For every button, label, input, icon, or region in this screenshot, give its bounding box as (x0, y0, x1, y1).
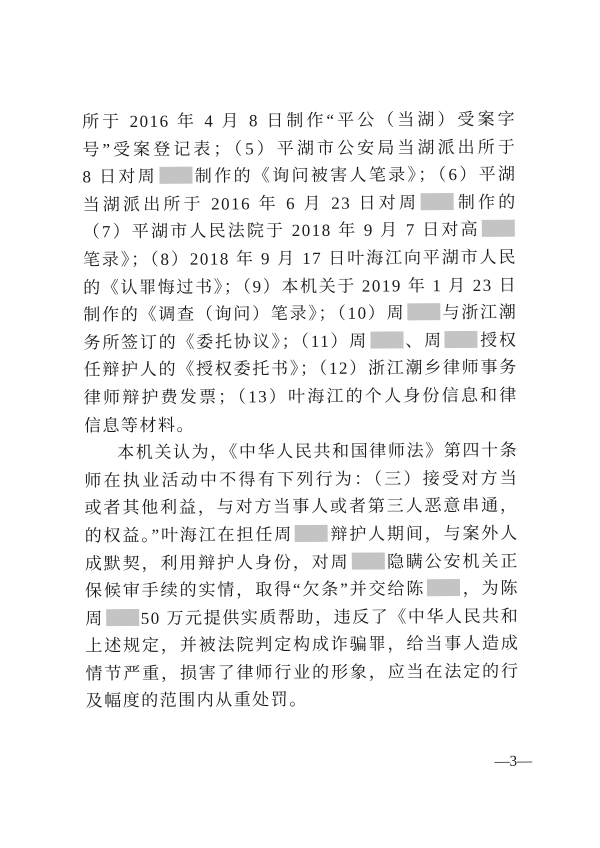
text-line: 情节严重，损害了律师行业的形象，应当在法定的行政处罚种类 (85, 658, 519, 688)
text-line: 任辩护人的《授权委托书》；（12）浙江潮乡律师事务所开具的 (84, 354, 518, 384)
text-line: 的权益。”叶海江在担任周辩护人期间，与案外人陈达 (85, 520, 519, 550)
text-line: 律师辩护费发票；（13）叶海江的个人身份信息和律师执业档案 (84, 382, 518, 412)
text-segment: 本机关认为，《中华人民共和国律师法》第四十条规定：“律 (84, 441, 518, 467)
text-line: 当湖派出所于 2016 年 6 月 23 日对周制作的《询问笔录》； (83, 188, 517, 218)
text-segment: 的权益。”叶海江在担任周 (85, 525, 294, 545)
redaction-box (351, 552, 384, 569)
document-page: 所于 2016 年 4 月 8 日制作“平公（当湖）受案字[2016]11104… (0, 0, 600, 848)
text-segment: 当湖派出所于 2016 年 6 月 23 日对周 (83, 193, 420, 214)
text-line: 或者其他利益，与对方当事人或者第三人恶意串通，侵害委托人 (84, 492, 518, 522)
text-segment: 的《认罪悔过书》；（9）本机关于 2019 年 1 月 23 日对叶海江 (83, 275, 517, 301)
text-line: 上述规定，并被法院判定构成诈骗罪，给当事人造成重大损失， (85, 630, 519, 660)
text-line: 成默契，利用辩护人身份，对周隐瞒公安机关正在办理其取 (85, 547, 519, 577)
text-segment: 、周 (405, 331, 443, 350)
text-line: 周50 万元提供实质帮助，违反了《中华人民共和国律师法》 (85, 602, 519, 632)
text-line: 信息等材料。 (84, 409, 518, 439)
text-line: 号”受案登记表；（5）平湖市公安局当湖派出所于 2016 年 4 月 (82, 133, 516, 163)
redaction-box (407, 303, 440, 320)
redaction-box (421, 193, 454, 210)
document-body: 所于 2016 年 4 月 8 日制作“平公（当湖）受案字[2016]11104… (82, 106, 520, 716)
text-segment: 任辩护人的《授权委托书》；（12）浙江潮乡律师事务所开具的 (84, 358, 518, 384)
redaction-box (427, 579, 460, 596)
text-line: 及幅度的范围内从重处罚。 (86, 685, 520, 715)
text-segment: 保候审手续的实情，取得“欠条”并交给陈 (85, 579, 425, 600)
text-line: 笔录》；（8）2018 年 9 月 17 日叶海江向平湖市人民法院出具 (83, 244, 517, 274)
text-segment: 及幅度的范围内从重处罚。 (86, 690, 308, 710)
text-line: 务所签订的《委托协议》；（11）周、周授权叶海江担 (83, 326, 517, 356)
scanned-content: 所于 2016 年 4 月 8 日制作“平公（当湖）受案字[2016]11104… (0, 0, 600, 848)
text-segment: ，为陈 (462, 579, 519, 598)
redaction-box (295, 525, 328, 542)
text-segment: 周 (85, 609, 104, 628)
text-line: 本机关认为，《中华人民共和国律师法》第四十条规定：“律 (84, 437, 518, 467)
text-line: 师在执业活动中不得有下列行为：（三）接受对方当事人的财物 (84, 464, 518, 494)
text-segment: 笔录》；（8）2018 年 9 月 17 日叶海江向平湖市人民法院出具 (83, 248, 517, 274)
text-line: 8 日对周制作的《询问被害人笔录》；（6）平湖市公安局 (82, 161, 516, 191)
page-number: —3— (495, 754, 533, 771)
redaction-box (106, 609, 139, 626)
text-line: （7）平湖市人民法院于 2018 年 9 月 7 日对高制作的《询问 (83, 216, 517, 246)
redaction-box (445, 331, 478, 348)
text-line: 的《认罪悔过书》；（9）本机关于 2019 年 1 月 23 日对叶海江 (83, 271, 517, 301)
text-segment: 所于 2016 年 4 月 8 日制作“平公（当湖）受案字[2016]11104 (82, 110, 516, 136)
text-segment: 成默契，利用辩护人身份，对周 (85, 552, 350, 573)
text-segment: 号”受案登记表；（5）平湖市公安局当湖派出所于 2016 年 4 月 (82, 137, 516, 163)
redaction-box (159, 167, 192, 184)
text-segment: 50 万元提供实质帮助，违反了《中华人民共和国律师法》 (85, 606, 519, 632)
text-segment: 情节严重，损害了律师行业的形象，应当在法定的行政处罚种类 (85, 662, 519, 688)
redaction-box (482, 220, 515, 237)
text-segment: 务所签订的《委托协议》；（11）周 (83, 331, 368, 352)
text-line: 保候审手续的实情，取得“欠条”并交给陈，为陈骗取 (85, 575, 519, 605)
text-segment: 或者其他利益，与对方当事人或者第三人恶意串通，侵害委托人 (84, 496, 518, 522)
text-line: 制作的《调查（询问）笔录》；（10）周与浙江潮乡律师事 (83, 299, 517, 329)
redaction-box (370, 331, 403, 348)
text-segment: 师在执业活动中不得有下列行为：（三）接受对方当事人的财物 (84, 468, 518, 494)
text-line: 所于 2016 年 4 月 8 日制作“平公（当湖）受案字[2016]11104 (82, 106, 516, 136)
text-segment: 律师辩护费发票；（13）叶海江的个人身份信息和律师执业档案 (84, 386, 518, 412)
text-segment: 制作的《调查（询问）笔录》；（10）周 (83, 304, 405, 325)
text-segment: （7）平湖市人民法院于 2018 年 9 月 7 日对高 (83, 220, 480, 241)
text-segment: 信息等材料。 (84, 415, 195, 435)
text-segment: 8 日对周 (82, 167, 157, 186)
text-segment: 上述规定，并被法院判定构成诈骗罪，给当事人造成重大损失， (85, 634, 519, 660)
